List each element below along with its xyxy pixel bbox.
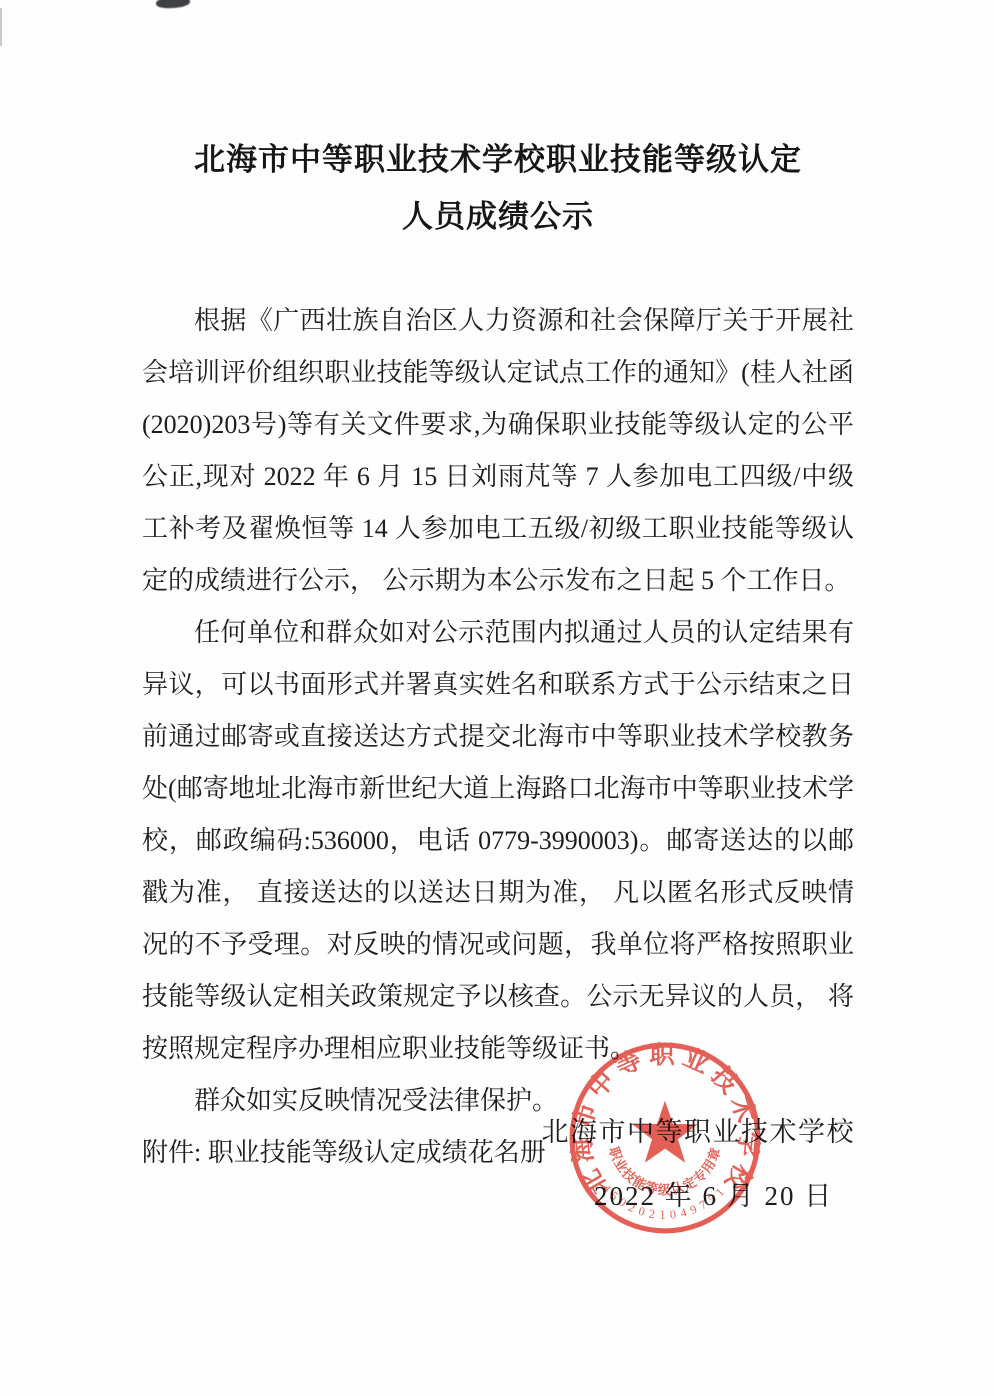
title-line-2: 人员成绩公示 [142,188,854,245]
title-line-1: 北海市中等职业技术学校职业技能等级认定 [142,131,854,188]
seal-star-icon [632,1101,697,1163]
document-title: 北海市中等职业技术学校职业技能等级认定 人员成绩公示 [142,131,854,245]
paragraph-basis: 根据《广西壮族自治区人力资源和社会保障厅关于开展社会培训评价组织职业技能等级认定… [142,295,854,607]
seal-inner-text: 职业技能等级认定专用章 [606,1145,724,1198]
scanned-notice-page: 北海市中等职业技术学校职业技能等级认定 人员成绩公示 根据《广西壮族自治区人力资… [0,0,994,1396]
scan-edge-artifact [0,8,2,46]
paragraph-objection-procedure: 任何单位和群众如对公示范围内拟通过人员的认定结果有异议，可以书面形式并署真实姓名… [142,607,854,1075]
document-body: 北海市中等职业技术学校职业技能等级认定 人员成绩公示 根据《广西壮族自治区人力资… [142,0,854,1179]
official-seal: 北海市中等职业技术学校 职业技能等级认定专用章 4502021049751 [564,1037,766,1239]
